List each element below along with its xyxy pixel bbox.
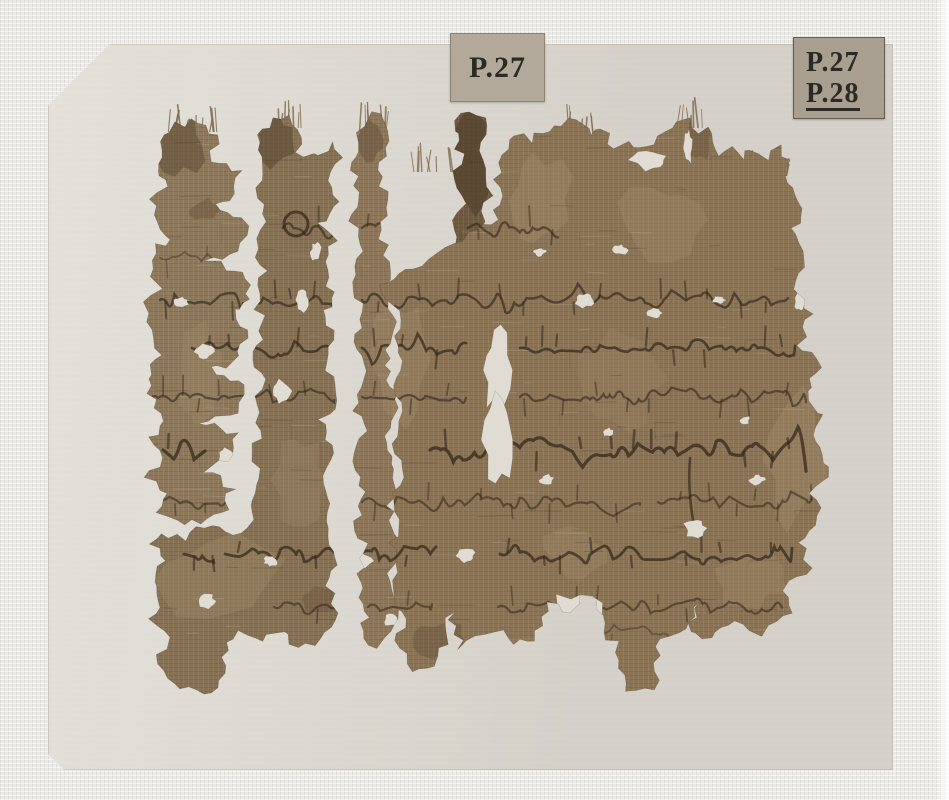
papyrus-surface — [140, 108, 856, 708]
photo-frame: P.27 P.27 P.28 — [0, 0, 949, 800]
inventory-label-corner: P.27 P.28 — [793, 37, 885, 119]
inventory-label-center: P.27 — [450, 33, 545, 102]
papyrus-fragment — [0, 0, 949, 800]
inventory-label-corner-line2: P.28 — [806, 79, 860, 111]
inventory-label-center-text: P.27 — [469, 51, 526, 85]
inventory-label-corner-line1: P.27 — [806, 46, 884, 79]
